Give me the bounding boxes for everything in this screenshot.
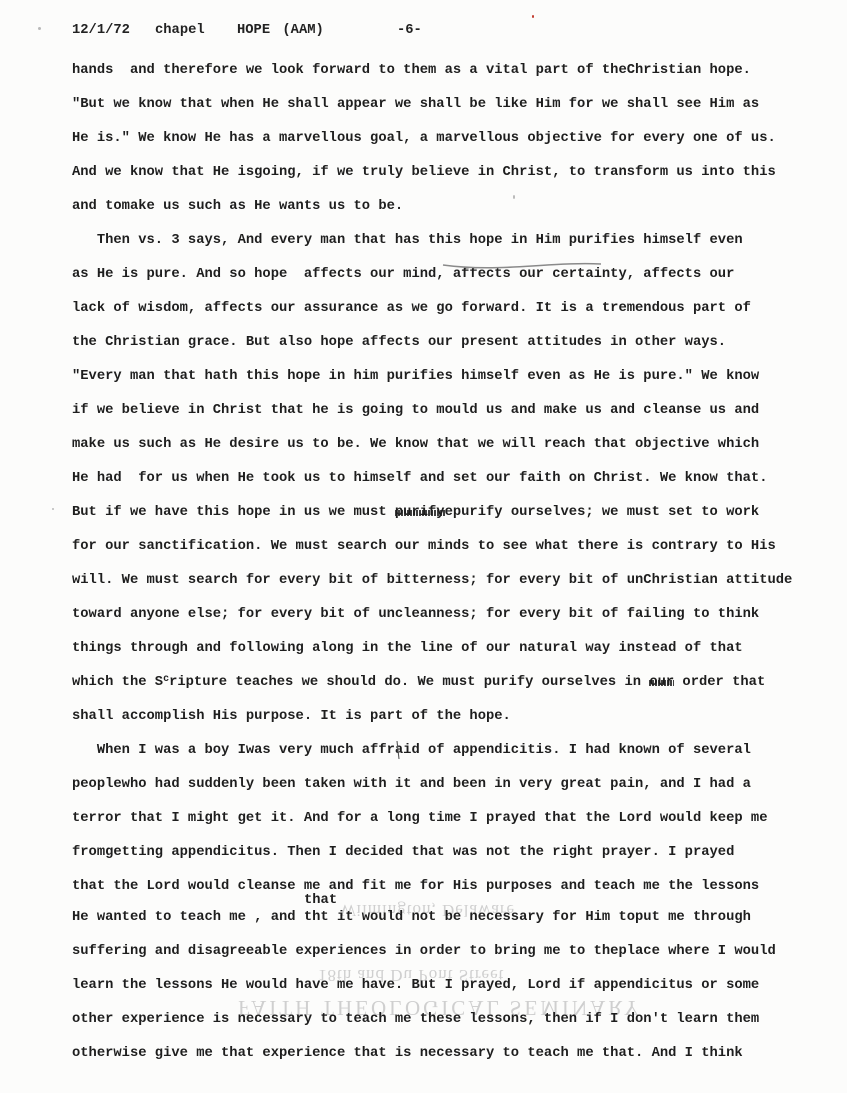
line-segment: But if we have this hope in us we must bbox=[72, 505, 395, 520]
header-title: HOPE (AAM) bbox=[237, 23, 324, 39]
body-line: as He is pure. And so hope affects our m… bbox=[72, 267, 734, 283]
header-occasion: chapel bbox=[155, 23, 205, 39]
paper-speck bbox=[52, 508, 54, 510]
struck-out-word: purify bbox=[395, 505, 445, 521]
body-line: He had for us when He took us to himself… bbox=[72, 471, 767, 487]
body-line: which the Scripture teaches we should do… bbox=[72, 675, 765, 692]
body-line: other experience is necessary to teach m… bbox=[72, 1012, 759, 1028]
interlinear-insertion: that bbox=[304, 893, 337, 909]
body-line: toward anyone else; for every bit of unc… bbox=[72, 607, 759, 623]
line-segment: order that bbox=[674, 675, 765, 690]
line-segment: ripture teaches we should do. We must pu… bbox=[169, 675, 649, 690]
body-line: for our sanctification. We must search o… bbox=[72, 539, 776, 555]
body-line: suffering and disagreeable experiences i… bbox=[72, 944, 776, 960]
header-date: 12/1/72 bbox=[72, 23, 130, 39]
body-line: and tomake us such as He wants us to be. bbox=[72, 199, 403, 215]
page-number: -6- bbox=[397, 23, 422, 39]
body-line: shall accomplish His purpose. It is part… bbox=[72, 709, 511, 725]
body-line: the Christian grace. But also hope affec… bbox=[72, 335, 726, 351]
body-line: things through and following along in th… bbox=[72, 641, 743, 657]
body-line: learn the lessons He would have me have.… bbox=[72, 978, 759, 994]
pencil-correction-mark bbox=[395, 740, 401, 760]
body-line: otherwise give me that experience that i… bbox=[72, 1046, 743, 1062]
body-line: When I was a boy Iwas very much affraid … bbox=[72, 743, 751, 759]
body-line: peoplewho had suddenly been taken with i… bbox=[72, 777, 751, 793]
body-line: make us such as He desire us to be. We k… bbox=[72, 437, 759, 453]
body-line: He wanted to teach me , and tht it would… bbox=[72, 910, 751, 926]
body-line: And we know that He isgoing, if we truly… bbox=[72, 165, 776, 181]
body-line: lack of wisdom, affects our assurance as… bbox=[72, 301, 751, 317]
body-line: will. We must search for every bit of bi… bbox=[72, 573, 792, 589]
body-line: He is." We know He has a marvellous goal… bbox=[72, 131, 776, 147]
body-line: "But we know that when He shall appear w… bbox=[72, 97, 759, 113]
paper-speck bbox=[513, 195, 515, 199]
body-line: fromgetting appendicitus. Then I decided… bbox=[72, 845, 734, 861]
raised-typo-character: c bbox=[163, 674, 169, 685]
paper-speck bbox=[38, 27, 41, 30]
body-line: But if we have this hope in us we must p… bbox=[72, 505, 759, 521]
pencil-underline-mark bbox=[442, 262, 602, 270]
struck-out-word: our bbox=[649, 675, 674, 691]
body-line: if we believe in Christ that he is going… bbox=[72, 403, 759, 419]
body-line: hands and therefore we look forward to t… bbox=[72, 63, 751, 79]
typewritten-page: Wilmington, Delaware 18th and Du Pont St… bbox=[0, 0, 847, 1093]
line-segment: epurify ourselves; we must set to work bbox=[445, 505, 760, 520]
body-line: terror that I might get it. And for a lo… bbox=[72, 811, 767, 827]
body-line: Then vs. 3 says, And every man that has … bbox=[72, 233, 743, 249]
body-line: "Every man that hath this hope in him pu… bbox=[72, 369, 759, 385]
paper-speck bbox=[532, 15, 534, 18]
body-line: that the Lord would cleanse me and fit m… bbox=[72, 879, 759, 895]
line-segment: which the S bbox=[72, 675, 163, 690]
